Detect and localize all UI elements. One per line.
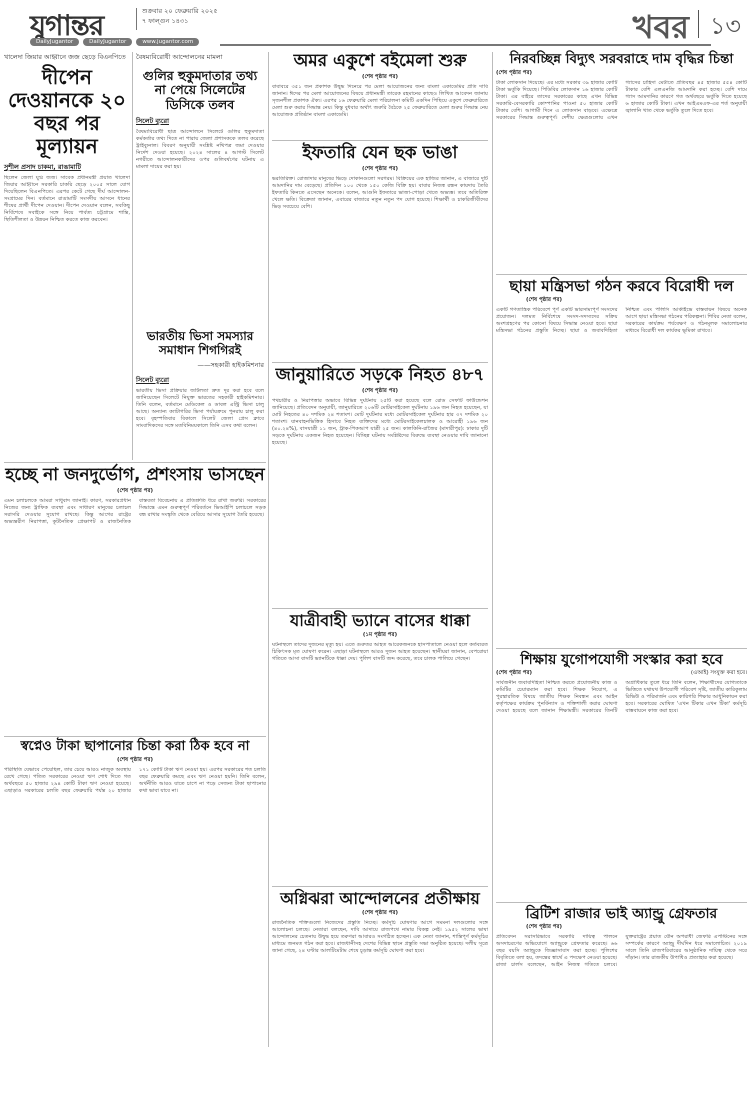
article-headline: যাত্রীবাহী ভ্যানে বাসের ধাক্কা <box>272 612 488 630</box>
section-rule <box>496 648 747 649</box>
continued-label: (শেষ পৃষ্ঠার পর) <box>272 388 488 396</box>
column-rule <box>492 52 493 1047</box>
section-rule <box>272 362 488 363</box>
article-headline: ছায়া মন্ত্রিসভা গঠন করবে বিরোধী দল <box>496 278 747 295</box>
article-shadow: ছায়া মন্ত্রিসভা গঠন করবে বিরোধী দল (শেষ… <box>496 278 747 637</box>
article-body: টাকা লোকসান দিয়েছে। এর মধ্যে সরকার ৩৯ হ… <box>496 80 747 285</box>
dateline: শুক্রবার ২০ ফেব্রুয়ারি ২০২৫ ৭ ফাল্গুন ১… <box>142 6 218 26</box>
section-rule <box>272 608 488 609</box>
article-headline: ইফতারি যেন ছক ভাঙা <box>272 144 488 164</box>
date-gregorian: শুক্রবার ২০ ফেব্রুয়ারি ২০২৫ <box>142 6 218 16</box>
article-byline: সিলেট ব্যুরো <box>136 375 264 386</box>
section-rule <box>496 902 747 903</box>
continued-label: (শেষ পৃষ্ঠার পর) <box>272 910 488 918</box>
article-body: পরিস্থিতি যেভাবে পেয়েছিল, তার চেয়ে আরও… <box>4 767 266 1094</box>
article-headline: শিক্ষায় যুগোপযোগী সংস্কার করা হবে <box>496 652 747 668</box>
article-power: নিরবচ্ছিন্ন বিদ্যুৎ সরবরাহে দাম বৃদ্ধির … <box>496 52 747 285</box>
page-divider <box>698 10 699 38</box>
article-headline: ভারতীয় ভিসা সমস্যার সমাধান শিগগিরই <box>136 330 264 358</box>
page-number: ১৩ <box>710 8 741 48</box>
continued-label: (শেষ পৃষ্ঠার পর) <box>496 924 747 932</box>
article-body: ভরতিরিক্ত। রোজাদার মানুষের ভিড়ে দোকানগু… <box>272 176 488 346</box>
twitter-link[interactable]: DailyJugantor <box>30 38 79 46</box>
section-rule <box>4 462 266 463</box>
article-body: ছিলেন জেলা যুগ্ম জজ। সাবেক প্রধানমন্ত্রী… <box>4 175 130 475</box>
continued-label-right: (এআই) সংযুক্ত করা হবে। <box>691 670 747 678</box>
article-january: জানুয়ারিতে সড়কে নিহত ৪৮৭ (শেষ পৃষ্ঠার … <box>272 366 488 596</box>
article-iftar: ইফতারি যেন ছক ভাঙা (শেষ পৃষ্ঠার পর) ভরতি… <box>272 144 488 346</box>
column-rule <box>268 52 269 1047</box>
article-headline: হচ্ছে না জনদুর্ভোগ, প্রশংসায় ভাসছেন <box>4 466 266 486</box>
section-rule <box>496 274 747 275</box>
section-rule <box>272 140 488 141</box>
continued-label: (শেষ পৃষ্ঠার পর) <box>4 757 266 765</box>
facebook-link[interactable]: DailyJugantor <box>83 38 132 46</box>
article-body: বাবাবরে ৩৫১ জন প্রকাশক উদ্বুদ্ধ দিনেরে প… <box>272 84 488 134</box>
article-visa: ভারতীয় ভিসা সমস্যার সমাধান শিগগিরই ——সহ… <box>136 330 264 488</box>
article-headline: গুলির হুকুমদাতার তথ্য না পেয়ে সিলেটের ড… <box>136 69 264 112</box>
article-byline: সুশীল প্রসাদ চাকমা, রাঙামাটি <box>4 162 130 173</box>
article-body: এমন চলাচলকে আমরা সাধুবাদ জানাই। কারণ, সর… <box>4 498 266 748</box>
article-body: রাজনৈতিক শক্তিগুলো নিজেদের প্রস্তুতি নিচ… <box>272 920 488 1090</box>
article-kicker: বৈষম্যবিরোধী আন্দোলনের মামলা <box>136 52 264 63</box>
article-headline: স্বপ্নেও টাকা ছাপানোর চিন্তা করা ঠিক হবে… <box>4 740 266 755</box>
social-links: DailyJugantor DailyJugantor www.jugantor… <box>30 38 199 46</box>
website-link[interactable]: www.jugantor.com <box>136 38 199 46</box>
article-jatrabari: যাত্রীবাহী ভ্যানে বাসের ধাক্কা (১ম পৃষ্ঠ… <box>272 612 488 874</box>
article-headline: ব্রিটিশ রাজার ভাই অ্যান্ড্রু গ্রেফতার <box>496 906 747 922</box>
article-headline: নিরবচ্ছিন্ন বিদ্যুৎ সরবরাহে দাম বৃদ্ধির … <box>496 52 747 68</box>
continued-label: (শেষ পৃষ্ঠার পর) <box>496 297 747 305</box>
article-headline: দীপেন দেওয়ানকে ২০ বছর পর মূল্যায়ন <box>4 66 130 158</box>
article-body: ঘটনাস্থলে তাদের দুজনের মৃত্যু হয়। এতে গ… <box>272 642 488 874</box>
article-byline: সিলেট ব্যুরো <box>136 116 264 127</box>
article-traffic: হচ্ছে না জনদুর্ভোগ, প্রশংসায় ভাসছেন (শে… <box>4 466 266 748</box>
article-education: শিক্ষায় যুগোপযোগী সংস্কার করা হবে (শেষ … <box>496 652 747 890</box>
date-bengali: ৭ ফাল্গুন ১৪৩১ <box>142 16 218 26</box>
article-body: প্রতিবেদন সরাসরিভাবে সরকারি দায়িত্ব পাল… <box>496 934 747 1094</box>
continued-label: (১ম পৃষ্ঠার পর) <box>272 632 488 640</box>
article-british: ব্রিটিশ রাজার ভাই অ্যান্ড্রু গ্রেফতার (শ… <box>496 906 747 1094</box>
article-body: পথচারীর ও নিরাপত্তার অভাবে বিভিন্ন দুর্ঘ… <box>272 398 488 596</box>
section-rule <box>4 736 266 737</box>
article-body: সার্বজনীন জবাবদিহিতা নিশ্চিত করতে প্রযোজ… <box>496 680 747 890</box>
article-agnijhora: অগ্নিঝরা আন্দোলনের প্রতীক্ষায় (শেষ পৃষ্… <box>272 890 488 1090</box>
article-headline: অমর একুশে বইমেলা শুরু <box>272 52 488 72</box>
continued-label: (শেষ পৃষ্ঠার পর) <box>272 166 488 174</box>
continued-label: (শেষ পৃষ্ঠার পর) <box>496 70 747 78</box>
continued-label: (শেষ পৃষ্ঠার পর) <box>4 488 266 496</box>
section-title: খবর <box>633 2 689 56</box>
continued-label: (শেষ পৃষ্ঠার পর) <box>272 74 488 82</box>
section-rule <box>272 886 488 887</box>
article-headline: অগ্নিঝরা আন্দোলনের প্রতীক্ষায় <box>272 890 488 908</box>
article-boimela: অমর একুশে বইমেলা শুরু (শেষ পৃষ্ঠার পর) ব… <box>272 52 488 134</box>
article-body: বৈষম্যবিরোধী ছাত্র আন্দোলনে সিলেটে গুলির… <box>136 129 264 304</box>
article-body: একটি গণতান্ত্রিক পরিবেশে পূর্ণ একটি ভারস… <box>496 307 747 637</box>
article-sylhet: বৈষম্যবিরোধী আন্দোলনের মামলা গুলির হুকুম… <box>136 52 264 304</box>
logo-divider <box>136 8 137 30</box>
continued-label: (শেষ পৃষ্ঠার পর) <box>496 670 532 678</box>
column-rule <box>132 52 133 460</box>
article-attribution: ——সহকারী হাইকমিশনার <box>136 360 264 371</box>
masthead: যুগান্তর শুক্রবার ২০ ফেব্রুয়ারি ২০২৫ ৭ … <box>0 0 751 52</box>
article-headline: জানুয়ারিতে সড়কে নিহত ৪৮৭ <box>272 366 488 386</box>
article-money: স্বপ্নেও টাকা ছাপানোর চিন্তা করা ঠিক হবে… <box>4 740 266 1094</box>
article-dipen: খালেদা জিয়ার আহ্বানে জজ ছেড়ে বিএনপিতে … <box>4 52 130 475</box>
article-kicker: খালেদা জিয়ার আহ্বানে জজ ছেড়ে বিএনপিতে <box>4 52 130 63</box>
